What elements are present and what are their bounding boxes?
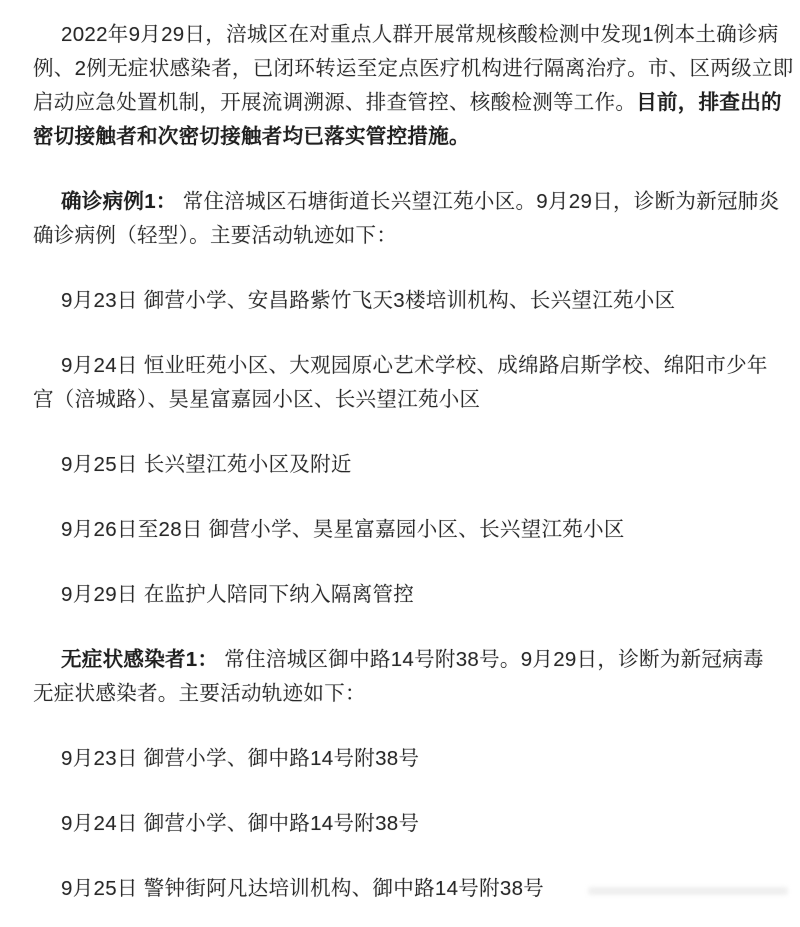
- paragraph: 确诊病例1： 常住涪城区石塘街道长兴望江苑小区。9月29日，诊断为新冠肺炎确诊病…: [33, 185, 764, 253]
- body-text-segment: 确诊病例（轻型）。主要活动轨迹如下：: [33, 224, 397, 247]
- body-text-segment: 9月24日 恒业旺苑小区、大观园原心艺术学校、成绵路启斯学校、绵阳市少年: [61, 354, 768, 377]
- bold-text-segment: 密切接触者和次密切接触者均已落实管控措施。: [33, 125, 470, 148]
- text-line: 9月25日 长兴望江苑小区及附近: [33, 448, 764, 482]
- text-line: 无症状感染者。主要活动轨迹如下：: [33, 677, 764, 711]
- body-text-segment: 9月23日 御营小学、御中路14号附38号: [61, 747, 419, 770]
- paragraph: 9月24日 恒业旺苑小区、大观园原心艺术学校、成绵路启斯学校、绵阳市少年宫（涪城…: [33, 349, 764, 417]
- text-line: 9月23日 御营小学、御中路14号附38号: [33, 742, 764, 776]
- body-text-segment: 无症状感染者。主要活动轨迹如下：: [33, 682, 366, 705]
- text-line: 密切接触者和次密切接触者均已落实管控措施。: [33, 120, 764, 154]
- document-body: 2022年9月29日，涪城区在对重点人群开展常规核酸检测中发现1例本土确诊病例、…: [0, 0, 800, 906]
- paragraph: 9月23日 御营小学、安昌路紫竹飞天3楼培训机构、长兴望江苑小区: [33, 284, 764, 318]
- jpeg-artifact-smudge: [588, 887, 788, 895]
- text-line: 9月24日 恒业旺苑小区、大观园原心艺术学校、成绵路启斯学校、绵阳市少年: [33, 349, 764, 383]
- paragraph: 9月29日 在监护人陪同下纳入隔离管控: [33, 578, 764, 612]
- text-line: 宫（涪城路）、昊星富嘉园小区、长兴望江苑小区: [33, 383, 764, 417]
- body-text-segment: 启动应急处置机制，开展流调溯源、排查管控、核酸检测等工作。: [33, 91, 636, 114]
- text-line: 2022年9月29日，涪城区在对重点人群开展常规核酸检测中发现1例本土确诊病: [33, 18, 764, 52]
- text-line: 无症状感染者1： 常住涪城区御中路14号附38号。9月29日，诊断为新冠病毒: [33, 643, 764, 677]
- bold-text-segment: 目前，排查出的: [636, 91, 782, 114]
- body-text-segment: 9月29日 在监护人陪同下纳入隔离管控: [61, 583, 414, 606]
- text-line: 9月24日 御营小学、御中路14号附38号: [33, 807, 764, 841]
- text-line: 确诊病例1： 常住涪城区石塘街道长兴望江苑小区。9月29日，诊断为新冠肺炎: [33, 185, 764, 219]
- text-line: 9月26日至28日 御营小学、昊星富嘉园小区、长兴望江苑小区: [33, 513, 764, 547]
- text-line: 9月29日 在监护人陪同下纳入隔离管控: [33, 578, 764, 612]
- body-text-segment: 例、2例无症状感染者，已闭环转运至定点医疗机构进行隔离治疗。市、区两级立即: [33, 57, 794, 80]
- bold-text-segment: 无症状感染者1：: [61, 648, 218, 671]
- body-text-segment: 9月24日 御营小学、御中路14号附38号: [61, 812, 419, 835]
- text-line: 例、2例无症状感染者，已闭环转运至定点医疗机构进行隔离治疗。市、区两级立即: [33, 52, 764, 86]
- body-text-segment: 9月25日 警钟街阿凡达培训机构、御中路14号附38号: [61, 877, 544, 900]
- body-text-segment: 2022年9月29日，涪城区在对重点人群开展常规核酸检测中发现1例本土确诊病: [61, 23, 779, 46]
- paragraph: 无症状感染者1： 常住涪城区御中路14号附38号。9月29日，诊断为新冠病毒无症…: [33, 643, 764, 711]
- bold-text-segment: 确诊病例1：: [61, 190, 177, 213]
- paragraph: 9月24日 御营小学、御中路14号附38号: [33, 807, 764, 841]
- text-line: 确诊病例（轻型）。主要活动轨迹如下：: [33, 219, 764, 253]
- body-text-segment: 9月25日 长兴望江苑小区及附近: [61, 453, 352, 476]
- text-line: 9月23日 御营小学、安昌路紫竹飞天3楼培训机构、长兴望江苑小区: [33, 284, 764, 318]
- body-text-segment: 9月23日 御营小学、安昌路紫竹飞天3楼培训机构、长兴望江苑小区: [61, 289, 675, 312]
- body-text-segment: 宫（涪城路）、昊星富嘉园小区、长兴望江苑小区: [33, 388, 480, 411]
- paragraph: 2022年9月29日，涪城区在对重点人群开展常规核酸检测中发现1例本土确诊病例、…: [33, 18, 764, 154]
- paragraph: 9月23日 御营小学、御中路14号附38号: [33, 742, 764, 776]
- body-text-segment: 常住涪城区御中路14号附38号。9月29日，诊断为新冠病毒: [218, 648, 764, 671]
- document-page: 2022年9月29日，涪城区在对重点人群开展常规核酸检测中发现1例本土确诊病例、…: [0, 0, 800, 927]
- body-text-segment: 9月26日至28日 御营小学、昊星富嘉园小区、长兴望江苑小区: [61, 518, 625, 541]
- body-text-segment: 常住涪城区石塘街道长兴望江苑小区。9月29日，诊断为新冠肺炎: [177, 190, 780, 213]
- paragraph: 9月26日至28日 御营小学、昊星富嘉园小区、长兴望江苑小区: [33, 513, 764, 547]
- paragraph: 9月25日 长兴望江苑小区及附近: [33, 448, 764, 482]
- text-line: 启动应急处置机制，开展流调溯源、排查管控、核酸检测等工作。目前，排查出的: [33, 86, 764, 120]
